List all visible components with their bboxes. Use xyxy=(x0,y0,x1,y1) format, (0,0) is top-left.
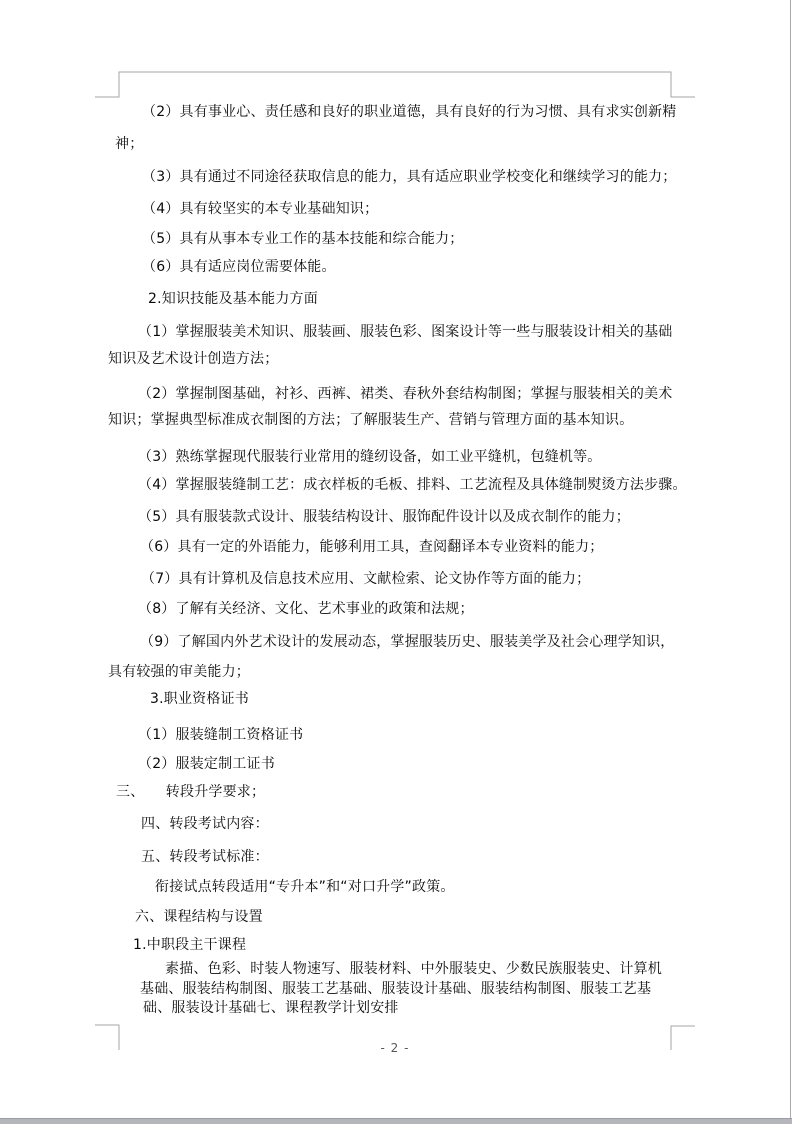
text-line: 素描、色彩、时装人物速写、服装材料、中外服装史、少数民族服装史、计算机 xyxy=(165,961,662,977)
text-line: （4）掌握服装缝制工艺：成衣样板的毛板、排料、工艺流程及具体缝制熨烫方法步骤。 xyxy=(138,477,687,493)
text-line: （9）了解国内外艺术设计的发展动态，掌握服装历史、服装美学及社会心理学知识， xyxy=(140,634,675,650)
text-line: 知识；掌握典型标准成衣制图的方法；了解服装生产、营销与管理方面的基本知识。 xyxy=(108,412,633,428)
text-line: （5）具有服装款式设计、服装结构设计、服饰配件设计以及成衣制作的能力； xyxy=(138,509,630,525)
text-line: 三、 转段升学要求； xyxy=(116,784,265,800)
document-page: （2）具有事业心、责任感和良好的职业道德，具有良好的行为习惯、具有求实创新精神；… xyxy=(0,0,792,1124)
text-line: （4）具有较坚实的本专业基础知识； xyxy=(142,201,378,217)
document-text: （2）具有事业心、责任感和良好的职业道德，具有良好的行为习惯、具有求实创新精神；… xyxy=(0,0,792,1124)
text-line: （7）具有计算机及信息技术应用、文献检索、论文协作等方面的能力； xyxy=(141,571,590,587)
text-line: （5）具有从事本专业工作的基本技能和综合能力； xyxy=(142,231,464,247)
text-line: （2）掌握制图基础，衬衫、西裤、裙类、春秋外套结构制图；掌握与服装相关的美术 xyxy=(138,386,673,402)
text-line: （2）具有事业心、责任感和良好的职业道德，具有良好的行为习惯、具有求实创新精 xyxy=(142,104,677,120)
text-line: （2）服装定制工证书 xyxy=(138,756,275,772)
text-line: 神； xyxy=(115,136,143,152)
text-line: 2.知识技能及基本能力方面 xyxy=(148,291,318,307)
page-right-edge xyxy=(790,0,791,1118)
text-line: 知识及艺术设计创造方法； xyxy=(108,351,278,367)
text-line: 1.中职段主干课程 xyxy=(133,937,246,953)
text-line: （1）服装缝制工资格证书 xyxy=(138,727,303,743)
text-line: （1）掌握服装美术知识、服装画、服装色彩、图案设计等一些与服装设计相关的基础 xyxy=(138,324,673,340)
text-line: （3）具有通过不同途径获取信息的能力，具有适应职业学校变化和继续学习的能力； xyxy=(142,169,677,185)
text-line: 具有较强的审美能力； xyxy=(108,664,250,680)
page-gap-strip xyxy=(0,1118,792,1124)
text-line: （8）了解有关经济、文化、艺术事业的政策和法规； xyxy=(138,601,474,617)
text-line: （3）熟练掌握现代服装行业常用的缝纫设备，如工业平缝机，包缝机等。 xyxy=(138,449,602,465)
text-line: （6）具有适应岗位需要体能。 xyxy=(142,259,336,275)
page-number: - 2 - xyxy=(110,1040,680,1056)
text-line: 基础、服装结构制图、服装工艺基础、服装设计基础、服装结构制图、服装工艺基 xyxy=(140,981,651,997)
text-line: 五、转段考试标准： xyxy=(141,849,269,865)
text-line: （6）具有一定的外语能力，能够利用工具，查阅翻译本专业资料的能力； xyxy=(140,539,604,555)
text-line: 六、课程结构与设置 xyxy=(135,909,263,925)
text-line: 3.职业资格证书 xyxy=(150,691,249,707)
text-line: 四、转段考试内容： xyxy=(141,816,269,832)
text-line: 衔接试点转段适用“专升本”和“对口升学”政策。 xyxy=(155,879,455,895)
text-line: 础、服装设计基础七、课程教学计划安排 xyxy=(143,1000,399,1016)
